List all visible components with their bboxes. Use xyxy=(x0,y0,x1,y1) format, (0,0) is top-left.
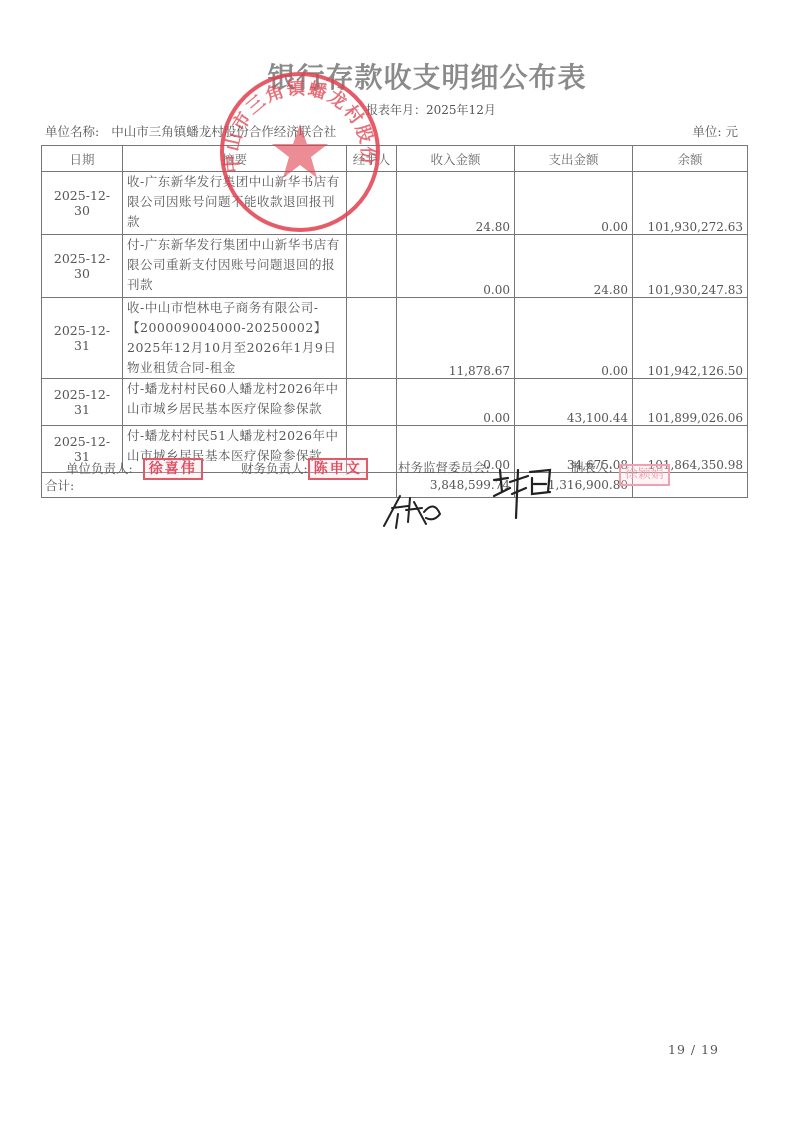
header-balance: 余额 xyxy=(633,146,748,172)
supervision-signature: 村务监督委员会: xyxy=(398,458,490,476)
table-row: 2025-12-30 付-广东新华发行集团中山新华书店有限公司重新支付因账号问题… xyxy=(42,235,748,298)
header-summary: 摘要 xyxy=(123,146,347,172)
preparer-stamp: 徐颖娟 xyxy=(619,464,670,486)
finance-head-label: 财务负责人: xyxy=(241,461,308,476)
header-expense: 支出金额 xyxy=(515,146,633,172)
unit-head-signature: 单位负责人: 徐喜伟 xyxy=(66,458,203,480)
report-period: 报表年月：2025年12月 xyxy=(366,101,496,118)
page-number: 19 / 19 xyxy=(668,1042,719,1057)
unit-head-stamp: 徐喜伟 xyxy=(143,458,203,480)
currency-unit: 单位: 元 xyxy=(692,122,738,140)
cell-expense: 0.00 xyxy=(515,298,633,379)
cell-income: 0.00 xyxy=(397,235,515,298)
document-title: 银行存款收支明细公布表 xyxy=(0,56,794,96)
cell-handler xyxy=(347,172,397,235)
cell-balance: 101,899,026.06 xyxy=(633,379,748,426)
preparer-signature: 制表人: 徐颖娟 xyxy=(571,458,670,480)
finance-head-stamp: 陈申文 xyxy=(308,458,368,480)
cell-balance: 101,930,272.63 xyxy=(633,172,748,235)
cell-income: 0.00 xyxy=(397,379,515,426)
cell-income: 24.80 xyxy=(397,172,515,235)
unit-name-label: 单位名称: xyxy=(45,124,99,139)
table-header-row: 日期 摘要 经手人 收入金额 支出金额 余额 xyxy=(42,146,748,172)
cell-date: 2025-12-30 xyxy=(42,172,123,235)
cell-date: 2025-12-31 xyxy=(42,379,123,426)
cell-date: 2025-12-30 xyxy=(42,235,123,298)
cell-date: 2025-12-31 xyxy=(42,298,123,379)
header-date: 日期 xyxy=(42,146,123,172)
cell-handler xyxy=(347,235,397,298)
preparer-label: 制表人: xyxy=(571,460,613,475)
header-income: 收入金额 xyxy=(397,146,515,172)
cell-summary: 收-广东新华发行集团中山新华书店有限公司因账号问题不能收款退回报刊款 xyxy=(123,172,347,235)
header-handler: 经手人 xyxy=(347,146,397,172)
total-income: 3,848,599.74 xyxy=(397,473,515,498)
table-row: 2025-12-31 付-蟠龙村村民60人蟠龙村2026年中山市城乡居民基本医疗… xyxy=(42,379,748,426)
cell-handler xyxy=(347,298,397,379)
cell-summary: 付-广东新华发行集团中山新华书店有限公司重新支付因账号问题退回的报刊款 xyxy=(123,235,347,298)
cell-expense: 24.80 xyxy=(515,235,633,298)
cell-balance: 101,930,247.83 xyxy=(633,235,748,298)
report-period-value: 2025年12月 xyxy=(426,103,496,117)
finance-head-signature: 财务负责人:陈申文 xyxy=(241,458,368,480)
supervision-label: 村务监督委员会: xyxy=(398,460,490,475)
table-row: 2025-12-31 收-中山市恺林电子商务有限公司-【200009004000… xyxy=(42,298,748,379)
cell-balance: 101,942,126.50 xyxy=(633,298,748,379)
unit-head-label: 单位负责人: xyxy=(66,461,133,476)
cell-handler xyxy=(347,379,397,426)
cell-expense: 0.00 xyxy=(515,172,633,235)
report-period-label: 报表年月： xyxy=(366,103,426,117)
table-row: 2025-12-30 收-广东新华发行集团中山新华书店有限公司因账号问题不能收款… xyxy=(42,172,748,235)
cell-income: 11,878.67 xyxy=(397,298,515,379)
cell-summary: 收-中山市恺林电子商务有限公司-【200009004000-20250002】2… xyxy=(123,298,347,379)
unit-name-value: 中山市三角镇蟠龙村股份合作经济联合社 xyxy=(111,124,336,139)
unit-name: 单位名称:中山市三角镇蟠龙村股份合作经济联合社 xyxy=(45,122,336,140)
ledger-table: 日期 摘要 经手人 收入金额 支出金额 余额 2025-12-30 收-广东新华… xyxy=(41,145,748,498)
cell-expense: 43,100.44 xyxy=(515,379,633,426)
cell-summary: 付-蟠龙村村民60人蟠龙村2026年中山市城乡居民基本医疗保险参保款 xyxy=(123,379,347,426)
